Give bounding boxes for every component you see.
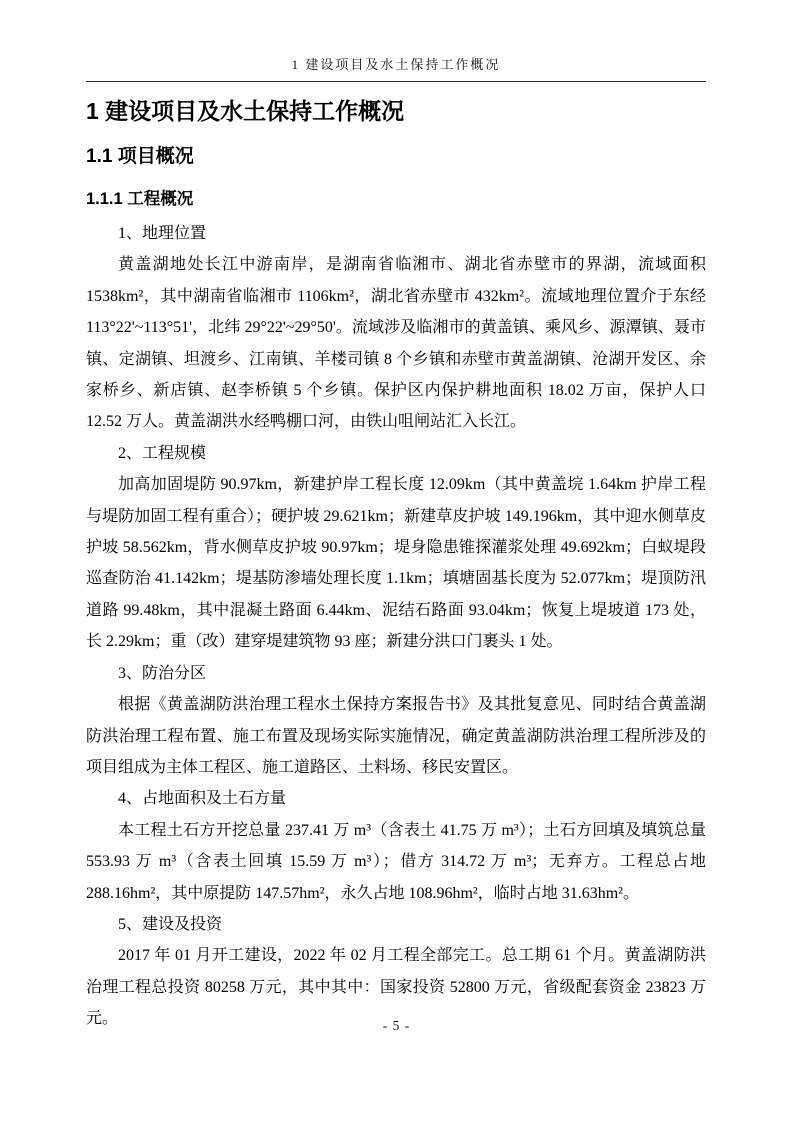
- list-item-title-geography: 1、地理位置: [86, 218, 706, 249]
- chapter-heading: 1 建设项目及水土保持工作概况: [86, 97, 706, 125]
- document-page: 1 建设项目及水土保持工作概况 1 建设项目及水土保持工作概况 1.1 项目概况…: [0, 0, 793, 1122]
- running-header-text: 1 建设项目及水土保持工作概况: [292, 57, 501, 72]
- list-item-title-zoning: 3、防治分区: [86, 658, 706, 689]
- page-number: - 5 -: [0, 1018, 793, 1034]
- paragraph-geography: 黄盖湖地处长江中游南岸，是湖南省临湘市、湖北省赤壁市的界湖，流域面积 1538k…: [86, 249, 706, 437]
- running-header: 1 建设项目及水土保持工作概况: [86, 56, 706, 82]
- section-heading: 1.1 项目概况: [86, 145, 706, 169]
- list-item-title-scale: 2、工程规模: [86, 438, 706, 469]
- document-body: 1、地理位置 黄盖湖地处长江中游南岸，是湖南省临湘市、湖北省赤壁市的界湖，流域面…: [86, 218, 706, 1035]
- paragraph-land-earthwork: 本工程土石方开挖总量 237.41 万 m³（含表土 41.75 万 m³）；土…: [86, 815, 706, 909]
- paragraph-zoning: 根据《黄盖湖防洪治理工程水土保持方案报告书》及其批复意见、同时结合黄盖湖防洪治理…: [86, 689, 706, 783]
- list-item-title-investment: 5、建设及投资: [86, 909, 706, 940]
- list-item-title-land-earthwork: 4、占地面积及土石方量: [86, 783, 706, 814]
- paragraph-scale: 加高加固堤防 90.97km，新建护岸工程长度 12.09km（其中黄盖垸 1.…: [86, 469, 706, 657]
- subsection-heading: 1.1.1 工程概况: [86, 188, 706, 210]
